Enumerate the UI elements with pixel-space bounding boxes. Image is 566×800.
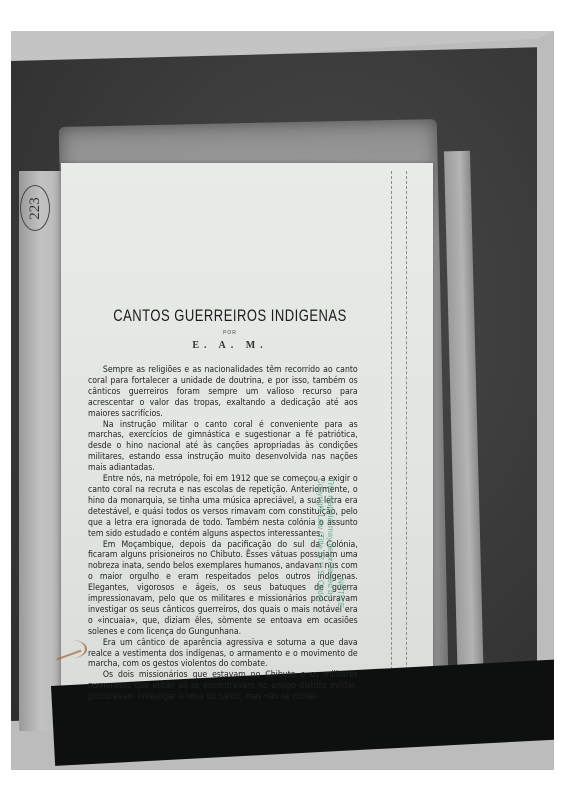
page-number-circle: 223 [20, 185, 50, 231]
stamp-line-1: This material may be protected by [325, 478, 335, 648]
paragraph: Sempre as religiões e as nacionalidades … [88, 364, 358, 419]
stamp-line-2: Copyright Law (Title 17 U.S. Code) [315, 478, 325, 648]
copyright-stamp: NOTICE This material may be protected by… [305, 478, 345, 648]
author-initials: E. A. M. [80, 340, 380, 351]
page-fold-line [406, 171, 408, 715]
byline-label: POR [80, 330, 380, 336]
page-fold-line [391, 171, 393, 715]
paragraph: Os dois missionários que estavam no Chib… [88, 669, 358, 702]
pen-mark-icon [57, 640, 87, 658]
paragraph: Na instrução militar o canto coral é con… [88, 419, 358, 474]
stamp-heading: NOTICE [335, 478, 345, 648]
page-number: 223 [27, 197, 44, 220]
article-title: CANTOS GUERREIROS INDIGENAS [80, 306, 380, 325]
